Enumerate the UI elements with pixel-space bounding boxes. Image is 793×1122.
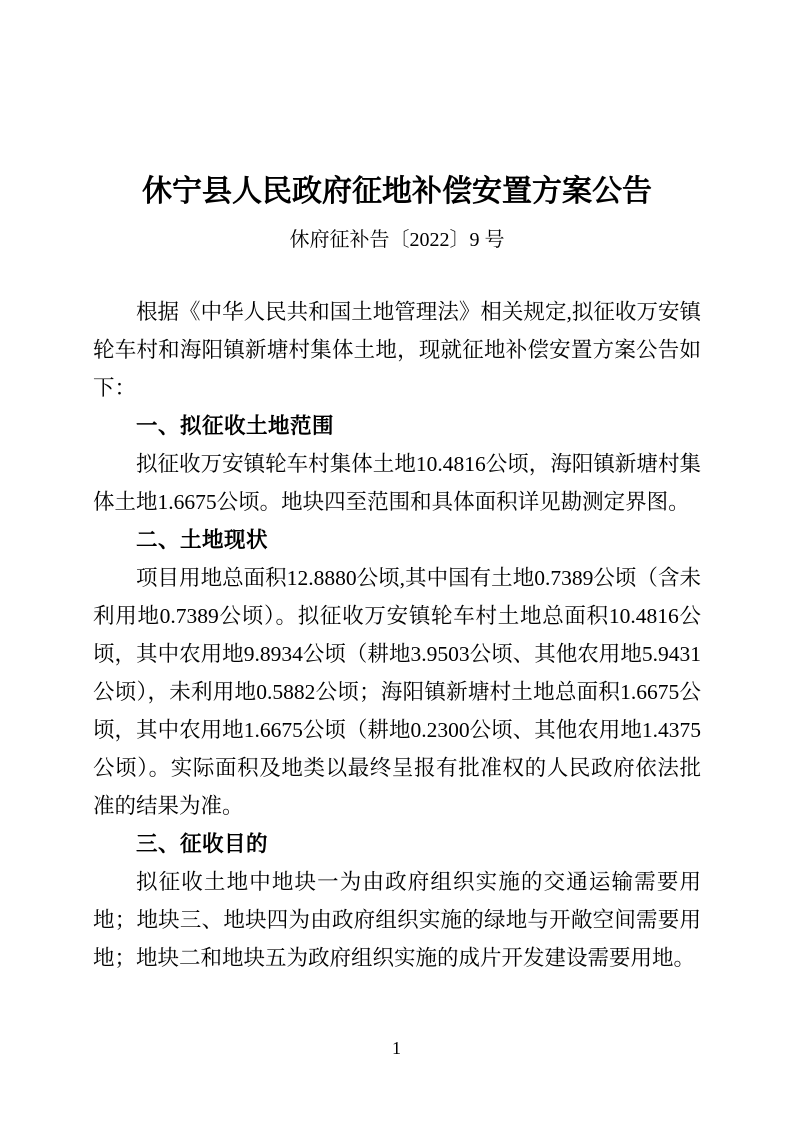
- document-content: 休宁县人民政府征地补偿安置方案公告 休府征补告〔2022〕9 号 根据《中华人民…: [93, 0, 701, 977]
- document-title: 休宁县人民政府征地补偿安置方案公告: [93, 173, 701, 210]
- document-body: 根据《中华人民共和国土地管理法》相关规定,拟征收万安镇轮车村和海阳镇新塘村集体土…: [93, 293, 701, 977]
- section-3-body: 拟征收土地中地块一为由政府组织实施的交通运输需要用地；地块三、地块四为由政府组织…: [93, 863, 701, 977]
- section-heading-1: 一、拟征收土地范围: [93, 407, 701, 445]
- section-2-body: 项目用地总面积12.8880公顷,其中国有土地0.7389公顷（含未利用地0.7…: [93, 559, 701, 825]
- document-number: 休府征补告〔2022〕9 号: [93, 228, 701, 253]
- page-number: 1: [0, 1036, 793, 1060]
- section-heading-2: 二、土地现状: [93, 521, 701, 559]
- section-1-body: 拟征收万安镇轮车村集体土地10.4816公顷，海阳镇新塘村集体土地1.6675公…: [93, 445, 701, 521]
- section-heading-3: 三、征收目的: [93, 825, 701, 863]
- paragraph-intro: 根据《中华人民共和国土地管理法》相关规定,拟征收万安镇轮车村和海阳镇新塘村集体土…: [93, 293, 701, 407]
- document-page: 休宁县人民政府征地补偿安置方案公告 休府征补告〔2022〕9 号 根据《中华人民…: [0, 0, 793, 1122]
